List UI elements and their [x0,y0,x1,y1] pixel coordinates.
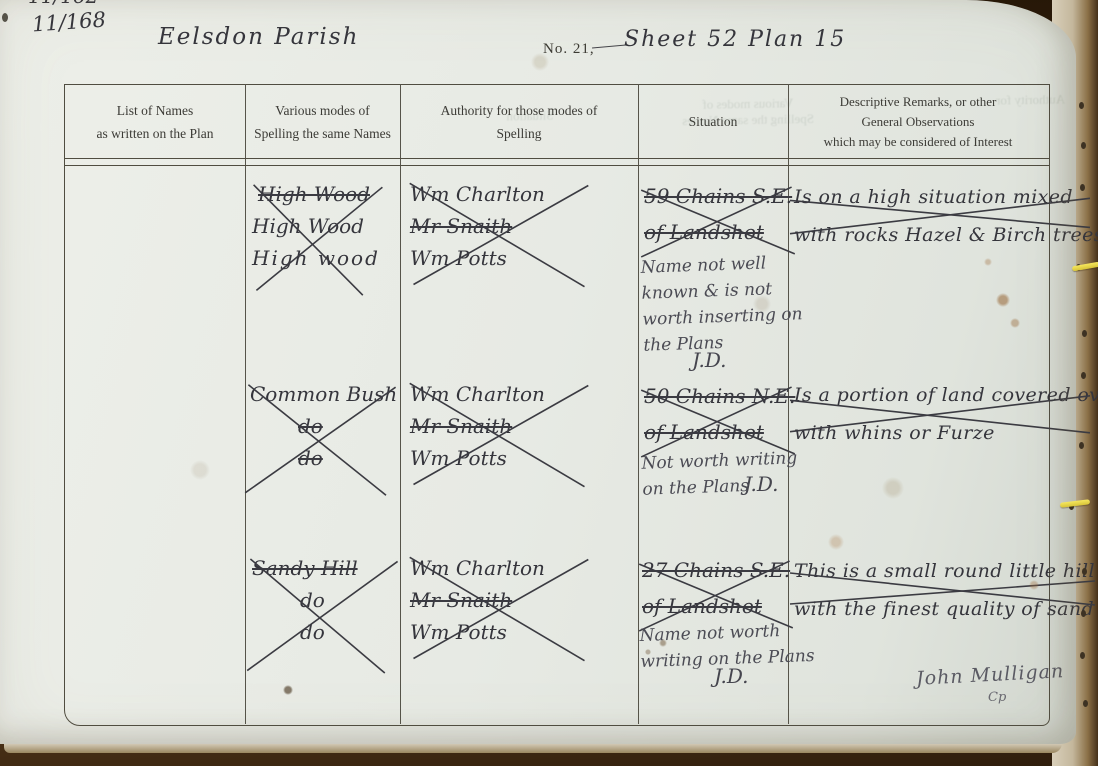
stitch-hole [1081,372,1086,379]
document-page: 11/162 11/168 Eelsdon Parish No. 21, She… [0,0,1076,744]
column-header-authority: Authority for those modes of Spelling [401,86,637,158]
book-photograph: 11/162 11/168 Eelsdon Parish No. 21, She… [0,0,1098,766]
stitch-hole [1079,442,1084,449]
strike-x-mark [248,180,388,300]
entry-authorities: Wm Charlton Mr Snaith Wm Potts [410,382,545,478]
header-line: Descriptive Remarks, or other [789,94,1047,110]
sheet-plan-annotation: Sheet 52 Plan 15 [624,27,846,52]
top-edge-reference: 11/162 [28,0,98,8]
strike-x-mark [404,554,594,664]
header-line: Various modes of [246,103,399,119]
column-header-names: List of Names as written on the Plan [66,86,244,158]
header-rule [64,158,1049,159]
stitch-hole [1079,102,1084,109]
header-line: Authority for those modes of [401,103,637,119]
header-line: Spelling [401,126,637,142]
entry-remarks: Is a portion of land covered over with w… [794,384,1098,460]
entry-authorities: Wm Charlton Mr Snaith Wm Potts [410,556,545,652]
stitch-hole [1082,568,1087,575]
stitch-hole [1082,330,1087,337]
strike-x-mark [404,180,594,290]
examiner-initials: J.D. [692,348,727,372]
stitch-hole [1081,142,1086,149]
header-line: General Observations [789,114,1047,130]
entry-spellings: Sandy Hill do do [252,556,358,652]
stitch-hole [1080,184,1085,191]
parish-title: Eelsdon Parish [158,24,359,50]
signature-annotation: Cp [988,690,1006,705]
examiner-initials: J.D. [714,664,749,688]
examiner-initials: J.D. [744,472,779,496]
column-header-spelling: Various modes of Spelling the same Names [246,86,399,158]
entry-remarks: This is a small round little hill with t… [794,560,1098,636]
entry-situation: 59 Chains S.E. of Landshot [644,184,792,256]
entry-spellings: High Wood High Wood High wood [252,182,380,278]
strike-x-mark [404,380,594,490]
entry-authorities: Wm Charlton Mr Snaith Wm Potts [410,182,545,278]
stitch-hole [1083,700,1088,707]
column-header-situation: Situation [639,86,787,158]
column-header-remarks: Descriptive Remarks, or other General Ob… [789,86,1047,158]
stitch-hole [1081,610,1086,617]
margin-blot [2,13,8,22]
header-line: which may be considered of Interest [789,134,1047,150]
strike-x-mark [242,380,402,500]
stitch-hole [1080,652,1085,659]
strike-x-mark [638,184,798,260]
strike-x-mark [244,554,404,678]
header-line: Situation [639,114,787,130]
strike-x-mark [790,566,1095,616]
header-line: Spelling the same Names [246,126,399,142]
strike-x-mark [790,388,1090,444]
entry-spellings: Common Bush do do [250,382,397,478]
surveyor-note: Name not well known & is not worth inser… [640,249,804,359]
reference-number: 11/168 [31,7,106,36]
sheet-number-label: No. 21, [543,41,595,58]
header-rule [64,165,1049,166]
header-line: as written on the Plan [66,126,244,142]
pen-dash [592,45,626,49]
strike-x-mark [790,190,1090,242]
entry-remarks: Is on a high situation mixed with rocks … [794,186,1098,262]
header-line: List of Names [66,103,244,119]
